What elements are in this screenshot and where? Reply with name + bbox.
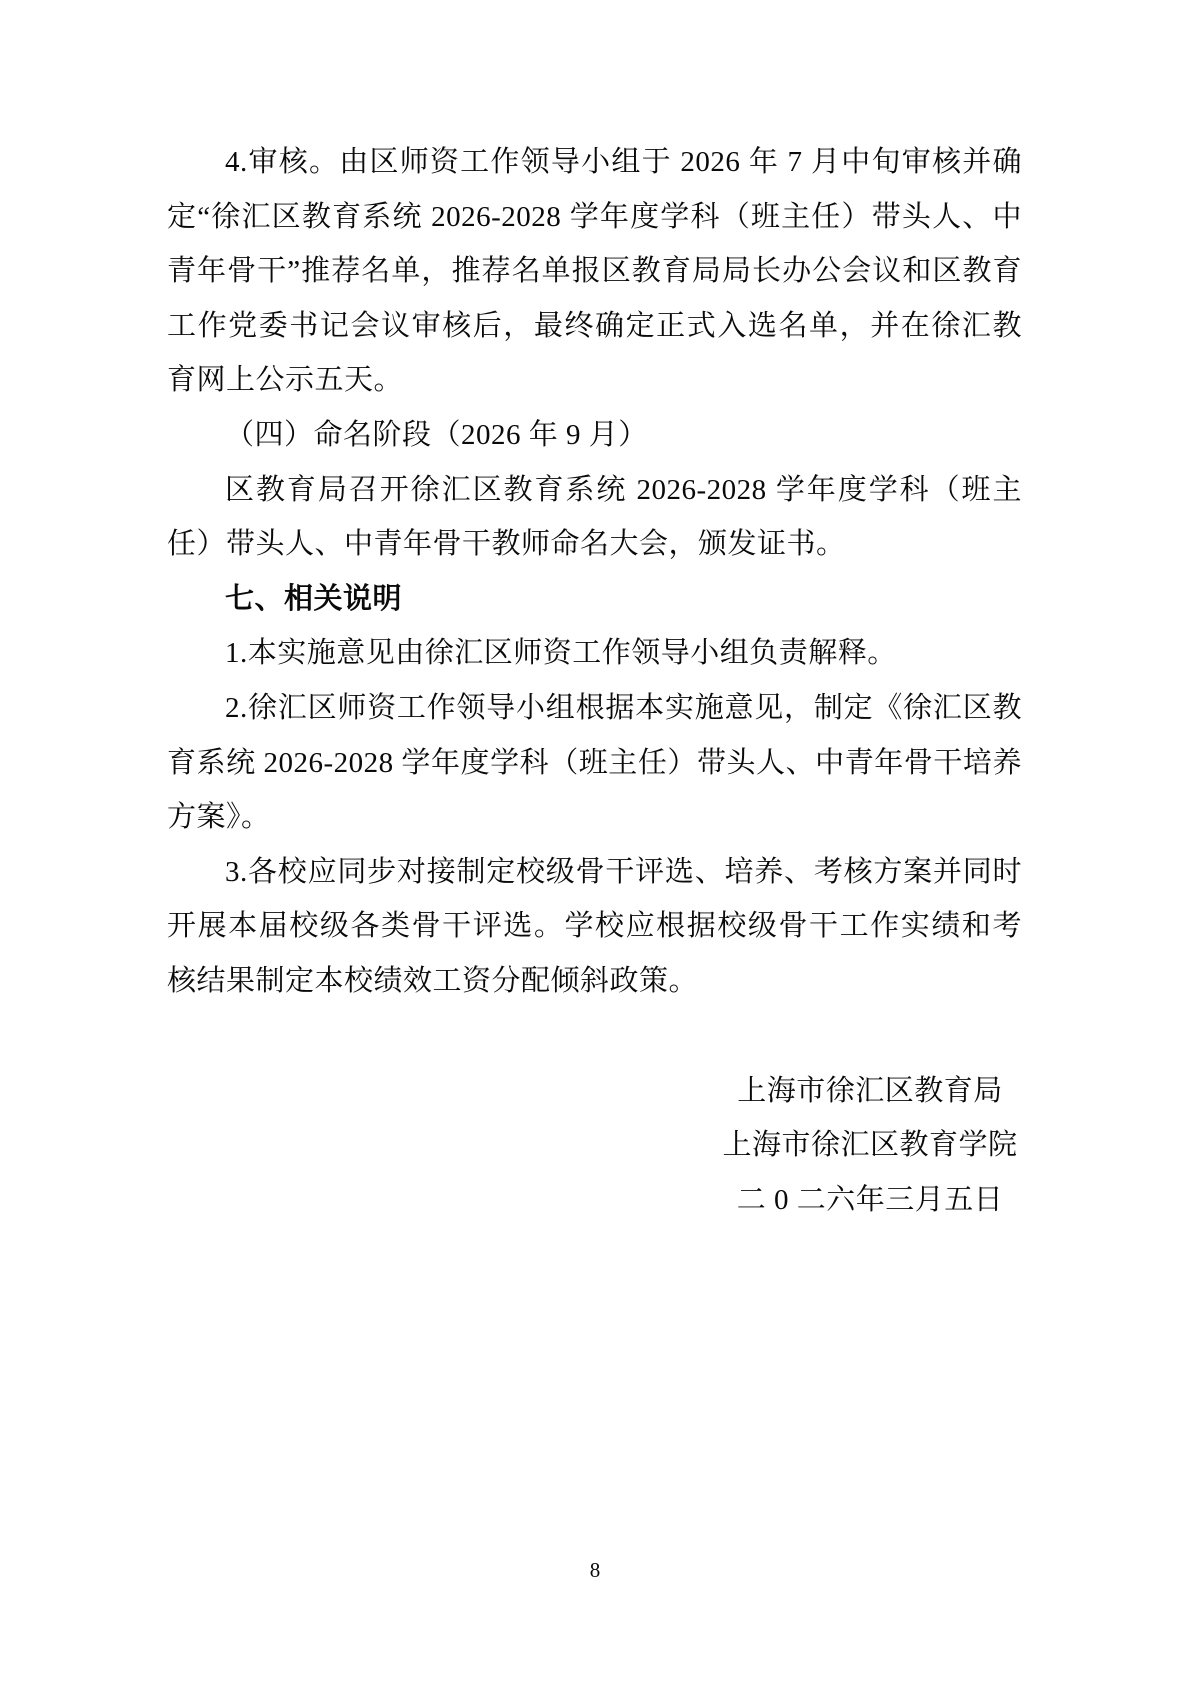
paragraph-note-2: 2.徐汇区师资工作领导小组根据本实施意见，制定《徐汇区教育系统 2026-202… (167, 681, 1022, 845)
signature-line-education-bureau: 上海市徐汇区教育局 (720, 1064, 1020, 1119)
signature-line-education-institute: 上海市徐汇区教育学院 (720, 1118, 1020, 1173)
document-body: 4.审核。由区师资工作领导小组于 2026 年 7 月中旬审核并确定“徐汇区教育… (167, 135, 1022, 1227)
paragraph-note-1: 1.本实施意见由徐汇区师资工作领导小组负责解释。 (167, 626, 1022, 681)
section-heading-related-notes: 七、相关说明 (167, 572, 1022, 627)
paragraph-note-3: 3.各校应同步对接制定校级骨干评选、培养、考核方案并同时开展本届校级各类骨干评选… (167, 845, 1022, 1009)
signature-block: 上海市徐汇区教育局 上海市徐汇区教育学院 二 0 二六年三月五日 (720, 1064, 1020, 1228)
paragraph-naming-stage-heading: （四）命名阶段（2026 年 9 月） (167, 408, 1022, 463)
paragraph-review-step: 4.审核。由区师资工作领导小组于 2026 年 7 月中旬审核并确定“徐汇区教育… (167, 135, 1022, 408)
paragraph-naming-ceremony: 区教育局召开徐汇区教育系统 2026-2028 学年度学科（班主任）带头人、中青… (167, 463, 1022, 572)
signature-line-date: 二 0 二六年三月五日 (720, 1173, 1020, 1228)
document-page: 4.审核。由区师资工作领导小组于 2026 年 7 月中旬审核并确定“徐汇区教育… (0, 0, 1190, 1683)
page-number: 8 (0, 1558, 1190, 1583)
